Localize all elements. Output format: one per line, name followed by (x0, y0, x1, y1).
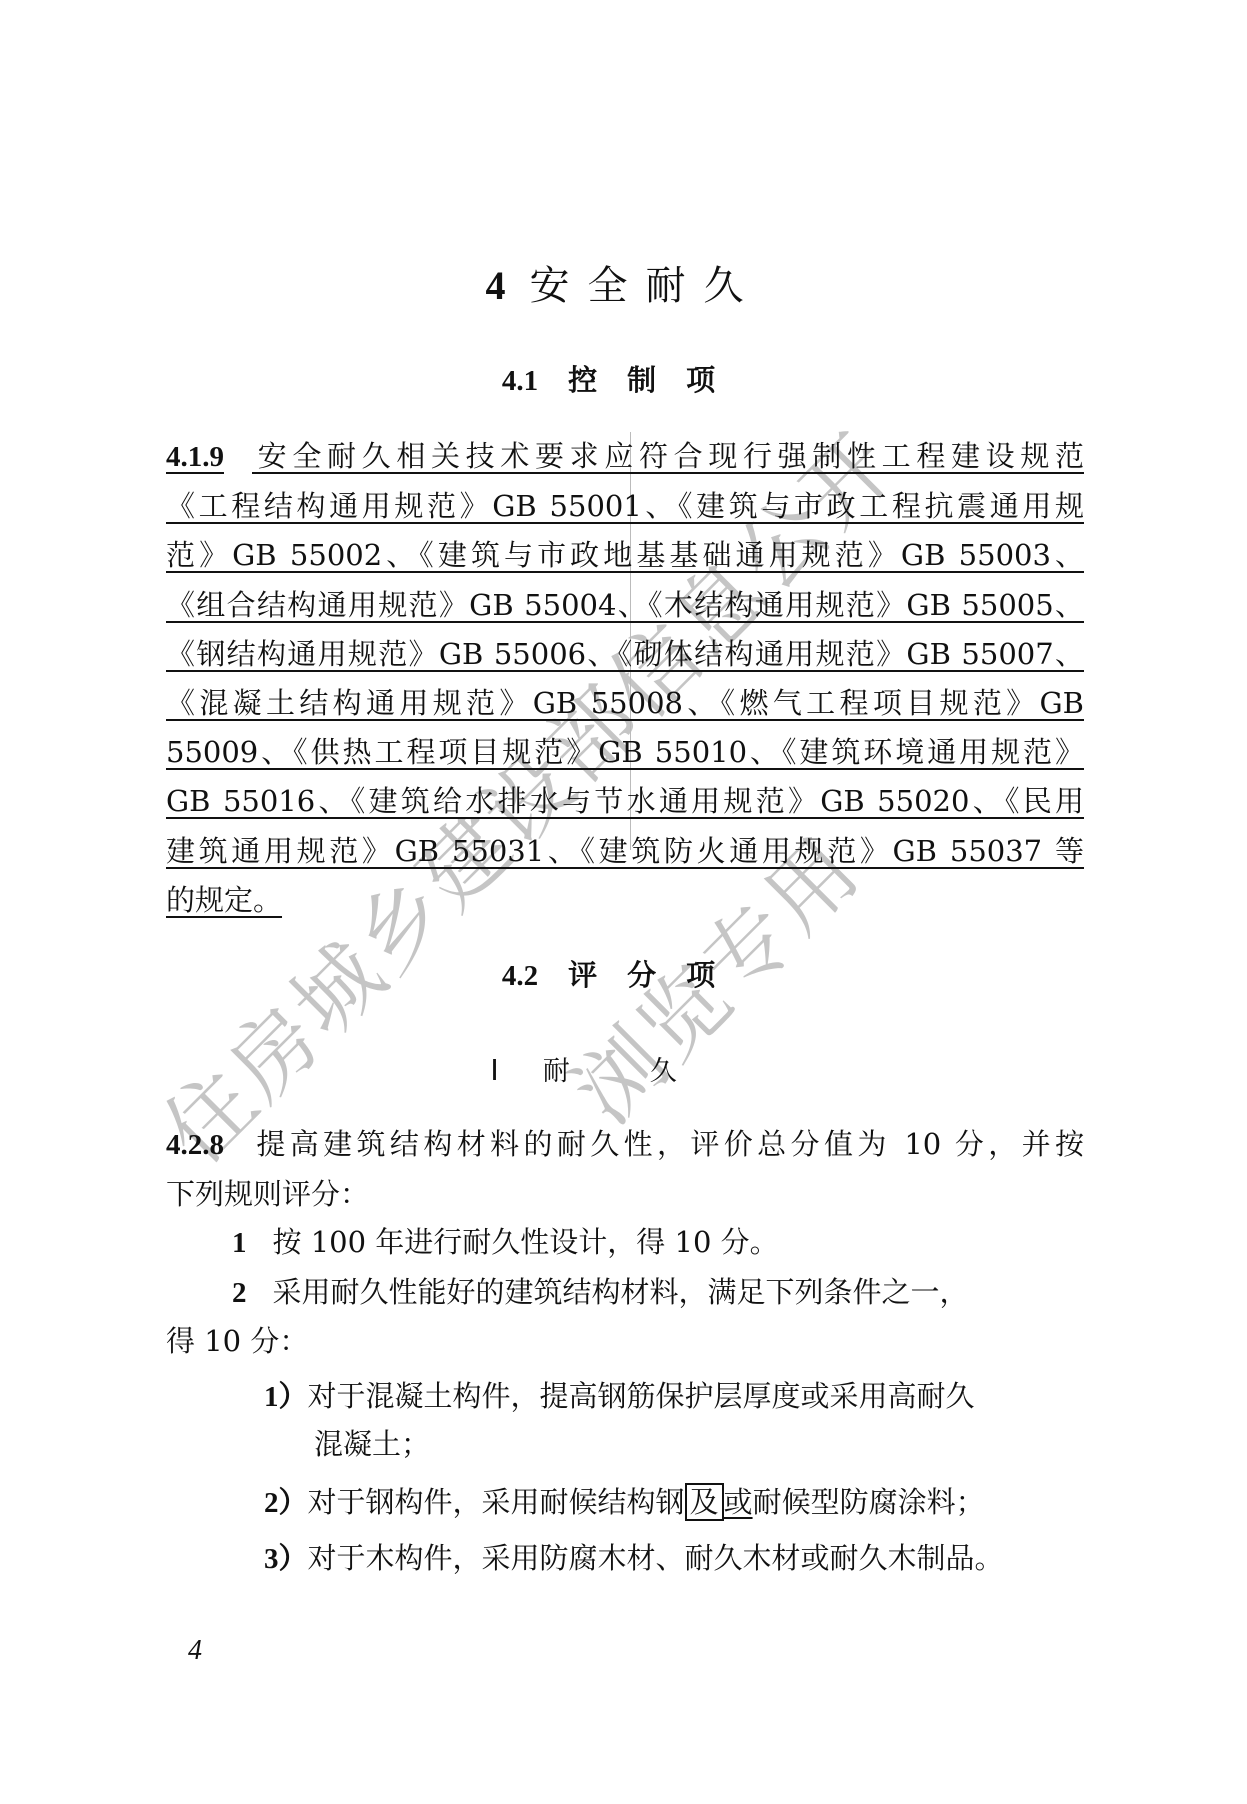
scoring-item-2-continuation: 得 10 分： (166, 1317, 308, 1366)
clause-line: 建筑通用规范》GB 55031、《建筑防火通用规范》GB 55037 等 (166, 827, 1084, 876)
underlined-revision-mark: 或 (724, 1485, 753, 1519)
chapter-title: 4安全耐久 (0, 258, 1247, 314)
item-text: 采用耐久性能好的建筑结构材料，满足下列条件之一， (273, 1275, 969, 1309)
item-number: 1 (232, 1227, 247, 1259)
item-number: 2 (232, 1277, 247, 1309)
clause-line: 《混凝土结构通用规范》GB 55008、《燃气工程项目规范》GB (166, 679, 1084, 728)
sub-item-number: 1） (264, 1381, 308, 1413)
section-number: 4.1 (502, 365, 538, 397)
page-number: 4 (188, 1635, 202, 1667)
sub-item-text: 对于混凝土构件，提高钢筋保护层厚度或采用高耐久 (308, 1379, 975, 1413)
chapter-title-text: 安全耐久 (530, 263, 762, 309)
clause-line: 下列规则评分： (166, 1170, 1084, 1219)
clause-4-1-9: 4.1.9安全耐久相关技术要求应符合现行强制性工程建设规范 《工程结构通用规范》… (166, 432, 1084, 925)
clause-line: 4.2.8提高建筑结构材料的耐久性，评价总分值为 10 分，并按 (166, 1120, 1084, 1170)
sub-item-1: 1）对于混凝土构件，提高钢筋保护层厚度或采用高耐久 (264, 1372, 975, 1422)
clause-line: 4.1.9安全耐久相关技术要求应符合现行强制性工程建设规范 (166, 432, 1084, 482)
sub-item-1-continuation: 混凝土； (314, 1420, 430, 1469)
section-number: 4.2 (502, 960, 538, 992)
clause-line: 55009、《供热工程项目规范》GB 55010、《建筑环境通用规范》 (166, 728, 1084, 777)
section-label: 控制项 (568, 363, 745, 397)
subsection-title: Ⅰ耐久 (0, 1050, 1247, 1092)
clause-line: 《工程结构通用规范》GB 55001、《建筑与市政工程抗震通用规 (166, 482, 1084, 531)
section-4-2-title: 4.2评分项 (0, 955, 1247, 996)
clause-number: 4.1.9 (166, 441, 224, 473)
document-page: 住房城乡建设部信息公开 浏览专用 4安全耐久 4.1控制项 4.1.9安全耐久相… (0, 0, 1247, 1804)
clause-line: 《组合结构通用规范》GB 55004、《木结构通用规范》GB 55005、 (166, 581, 1084, 630)
sub-item-text: 对于木构件，采用防腐木材、耐久木材或耐久木制品。 (308, 1541, 1004, 1575)
clause-line: 范》GB 55002、《建筑与市政地基基础通用规范》GB 55003、 (166, 531, 1084, 580)
clause-line: 《钢结构通用规范》GB 55006、《砌体结构通用规范》GB 55007、 (166, 630, 1084, 679)
scoring-item-1: 1按 100 年进行耐久性设计，得 10 分。 (232, 1218, 779, 1268)
section-4-1-title: 4.1控制项 (0, 360, 1247, 401)
clause-4-2-8: 4.2.8提高建筑结构材料的耐久性，评价总分值为 10 分，并按 下列规则评分： (166, 1120, 1084, 1219)
clause-line: GB 55016、《建筑给水排水与节水通用规范》GB 55020、《民用 (166, 777, 1084, 826)
chapter-number: 4 (486, 263, 506, 308)
sub-item-3: 3）对于木构件，采用防腐木材、耐久木材或耐久木制品。 (264, 1534, 1004, 1584)
subsection-roman-numeral: Ⅰ (490, 1055, 499, 1087)
scoring-item-2: 2采用耐久性能好的建筑结构材料，满足下列条件之一， (232, 1268, 969, 1318)
sub-item-number: 3） (264, 1543, 308, 1575)
clause-number: 4.2.8 (166, 1129, 224, 1161)
section-label: 评分项 (568, 958, 745, 992)
sub-item-2: 2）对于钢构件，采用耐候结构钢及或耐候型防腐涂料； (264, 1478, 985, 1528)
subsection-label: 耐久 (543, 1056, 757, 1087)
sub-item-number: 2） (264, 1487, 308, 1519)
item-text: 按 100 年进行耐久性设计，得 10 分。 (273, 1225, 779, 1259)
boxed-revision-mark: 及 (685, 1483, 724, 1521)
clause-line: 的规定。 (166, 876, 1084, 925)
